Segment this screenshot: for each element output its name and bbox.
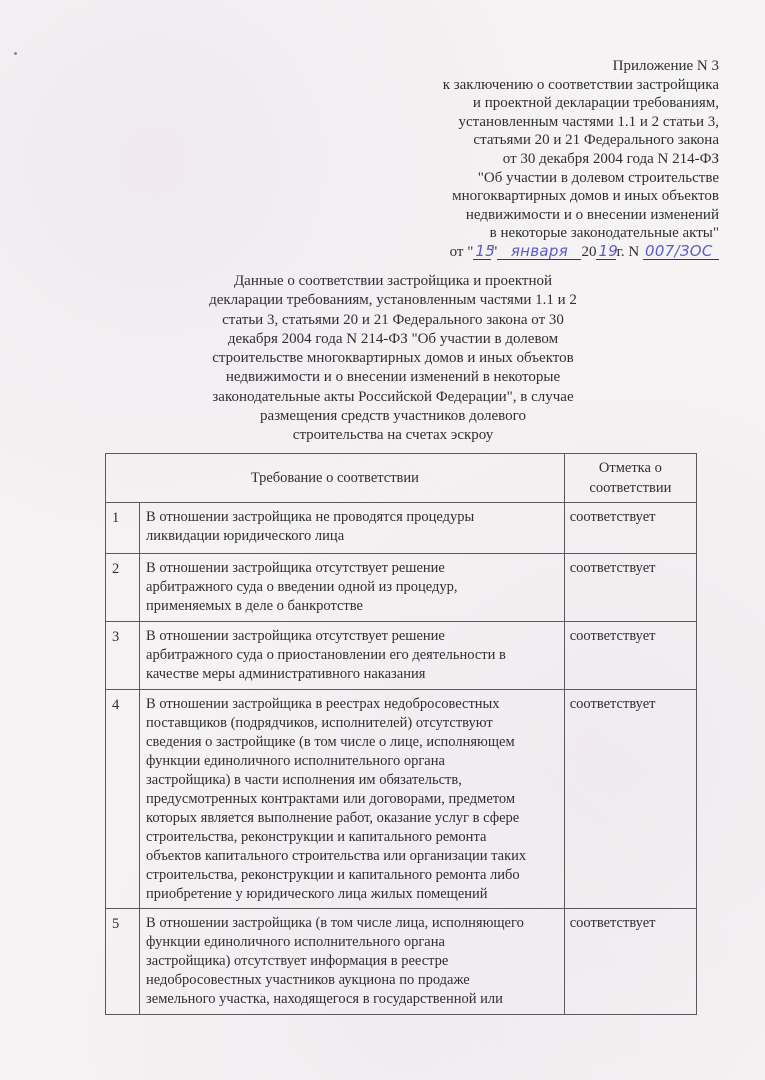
handwritten-year: 19 bbox=[596, 244, 616, 260]
appendix-line: от 30 декабря 2004 года N 214-ФЗ bbox=[389, 150, 719, 169]
title-line: статьи 3, статьями 20 и 21 Федерального … bbox=[198, 311, 588, 330]
date-year-suffix: г. N bbox=[616, 244, 639, 260]
date-year-prefix: 20 bbox=[581, 244, 596, 260]
requirement-line: В отношении застройщика (в том числе лиц… bbox=[146, 914, 558, 933]
requirement-line: В отношении застройщика не проводятся пр… bbox=[146, 508, 558, 527]
appendix-line: и проектной декларации требованиям, bbox=[389, 94, 719, 113]
requirement-line: застройщика) в части исполнения им обяза… bbox=[146, 771, 558, 790]
appendix-line: установленным частями 1.1 и 2 статьи 3, bbox=[389, 113, 719, 132]
row-number: 3 bbox=[106, 622, 140, 690]
requirement-line: приобретение у юридического лица жилых п… bbox=[146, 885, 558, 904]
title-line: строительства на счетах эскроу bbox=[198, 426, 588, 445]
requirement-line: застройщика) отсутствует информация в ре… bbox=[146, 952, 558, 971]
handwritten-month: января bbox=[497, 244, 581, 260]
title-line: декабря 2004 года N 214-ФЗ "Об участии в… bbox=[198, 330, 588, 349]
table-row: 4 В отношении застройщика в реестрах нед… bbox=[106, 690, 697, 909]
requirement-line: недобросовестных участников аукциона по … bbox=[146, 971, 558, 990]
requirement-line: ликвидации юридического лица bbox=[146, 527, 558, 546]
requirement-line: поставщиков (подрядчиков, исполнителей) … bbox=[146, 714, 558, 733]
handwritten-day: 15 bbox=[473, 244, 491, 260]
requirement-line: В отношении застройщика отсутствует реше… bbox=[146, 559, 558, 578]
row-requirement: В отношении застройщика отсутствует реше… bbox=[140, 622, 565, 690]
requirement-line: земельного участка, находящегося в госуд… bbox=[146, 990, 558, 1009]
row-mark: соответствует bbox=[564, 554, 696, 622]
requirement-line: которых является выполнение работ, оказа… bbox=[146, 809, 558, 828]
title-line: Данные о соответствии застройщика и прое… bbox=[198, 272, 588, 291]
title-line: строительстве многоквартирных домов и ин… bbox=[198, 349, 588, 368]
requirement-line: В отношении застройщика в реестрах недоб… bbox=[146, 695, 558, 714]
appendix-title: Приложение N 3 bbox=[389, 57, 719, 76]
appendix-line: недвижимости и о внесении изменений bbox=[389, 206, 719, 225]
row-number: 2 bbox=[106, 554, 140, 622]
appendix-header: Приложение N 3 к заключению о соответств… bbox=[389, 57, 719, 262]
header-mark-line: Отметка о bbox=[569, 458, 692, 478]
header-mark: Отметка о соответствии bbox=[564, 454, 696, 503]
requirement-line: качестве меры административного наказани… bbox=[146, 665, 558, 684]
document-title: Данные о соответствии застройщика и прое… bbox=[198, 272, 588, 446]
requirement-line: В отношении застройщика отсутствует реше… bbox=[146, 627, 558, 646]
requirement-line: предусмотренных контрактами или договора… bbox=[146, 790, 558, 809]
requirement-line: арбитражного суда о приостановлении его … bbox=[146, 646, 558, 665]
row-mark: соответствует bbox=[564, 909, 696, 1015]
appendix-line: "Об участии в долевом строительстве bbox=[389, 169, 719, 188]
date-prefix: от " bbox=[450, 244, 474, 260]
requirement-line: арбитражного суда о введении одной из пр… bbox=[146, 578, 558, 597]
table-header-row: Требование о соответствии Отметка о соот… bbox=[106, 454, 697, 503]
requirement-line: функции единоличного исполнительного орг… bbox=[146, 752, 558, 771]
header-mark-line: соответствии bbox=[569, 478, 692, 498]
row-number: 5 bbox=[106, 909, 140, 1015]
compliance-table: Требование о соответствии Отметка о соот… bbox=[105, 453, 697, 1015]
table-row: 1 В отношении застройщика не проводятся … bbox=[106, 503, 697, 554]
appendix-line: к заключению о соответствии застройщика bbox=[389, 76, 719, 95]
scan-speck bbox=[14, 52, 17, 55]
table-row: 3 В отношении застройщика отсутствует ре… bbox=[106, 622, 697, 690]
table-row: 5 В отношении застройщика (в том числе л… bbox=[106, 909, 697, 1015]
row-mark: соответствует bbox=[564, 503, 696, 554]
row-number: 4 bbox=[106, 690, 140, 909]
title-line: размещения средств участников долевого bbox=[198, 407, 588, 426]
row-mark: соответствует bbox=[564, 690, 696, 909]
title-line: недвижимости и о внесении изменений в не… bbox=[198, 368, 588, 387]
row-requirement: В отношении застройщика отсутствует реше… bbox=[140, 554, 565, 622]
title-line: законодательные акты Российской Федераци… bbox=[198, 388, 588, 407]
table-row: 2 В отношении застройщика отсутствует ре… bbox=[106, 554, 697, 622]
row-requirement: В отношении застройщика в реестрах недоб… bbox=[140, 690, 565, 909]
row-requirement: В отношении застройщика (в том числе лиц… bbox=[140, 909, 565, 1015]
appendix-line: многоквартирных домов и иных объектов bbox=[389, 187, 719, 206]
appendix-line: в некоторые законодательные акты" bbox=[389, 224, 719, 243]
row-number: 1 bbox=[106, 503, 140, 554]
requirement-line: объектов капитального строительства или … bbox=[146, 847, 558, 866]
handwritten-number: 007/ЗОС bbox=[643, 244, 719, 260]
row-mark: соответствует bbox=[564, 622, 696, 690]
row-requirement: В отношении застройщика не проводятся пр… bbox=[140, 503, 565, 554]
title-line: декларации требованиям, установленным ча… bbox=[198, 291, 588, 310]
header-requirement: Требование о соответствии bbox=[106, 454, 565, 503]
appendix-date-line: от "15"января2019г. N 007/ЗОС bbox=[389, 243, 719, 262]
requirement-line: строительства, реконструкции и капитальн… bbox=[146, 828, 558, 847]
requirement-line: функции единоличного исполнительного орг… bbox=[146, 933, 558, 952]
requirement-line: строительства, реконструкции и капитальн… bbox=[146, 866, 558, 885]
requirement-line: сведения о застройщике (в том числе о ли… bbox=[146, 733, 558, 752]
requirement-line: применяемых в деле о банкротстве bbox=[146, 597, 558, 616]
appendix-line: статьями 20 и 21 Федерального закона bbox=[389, 131, 719, 150]
